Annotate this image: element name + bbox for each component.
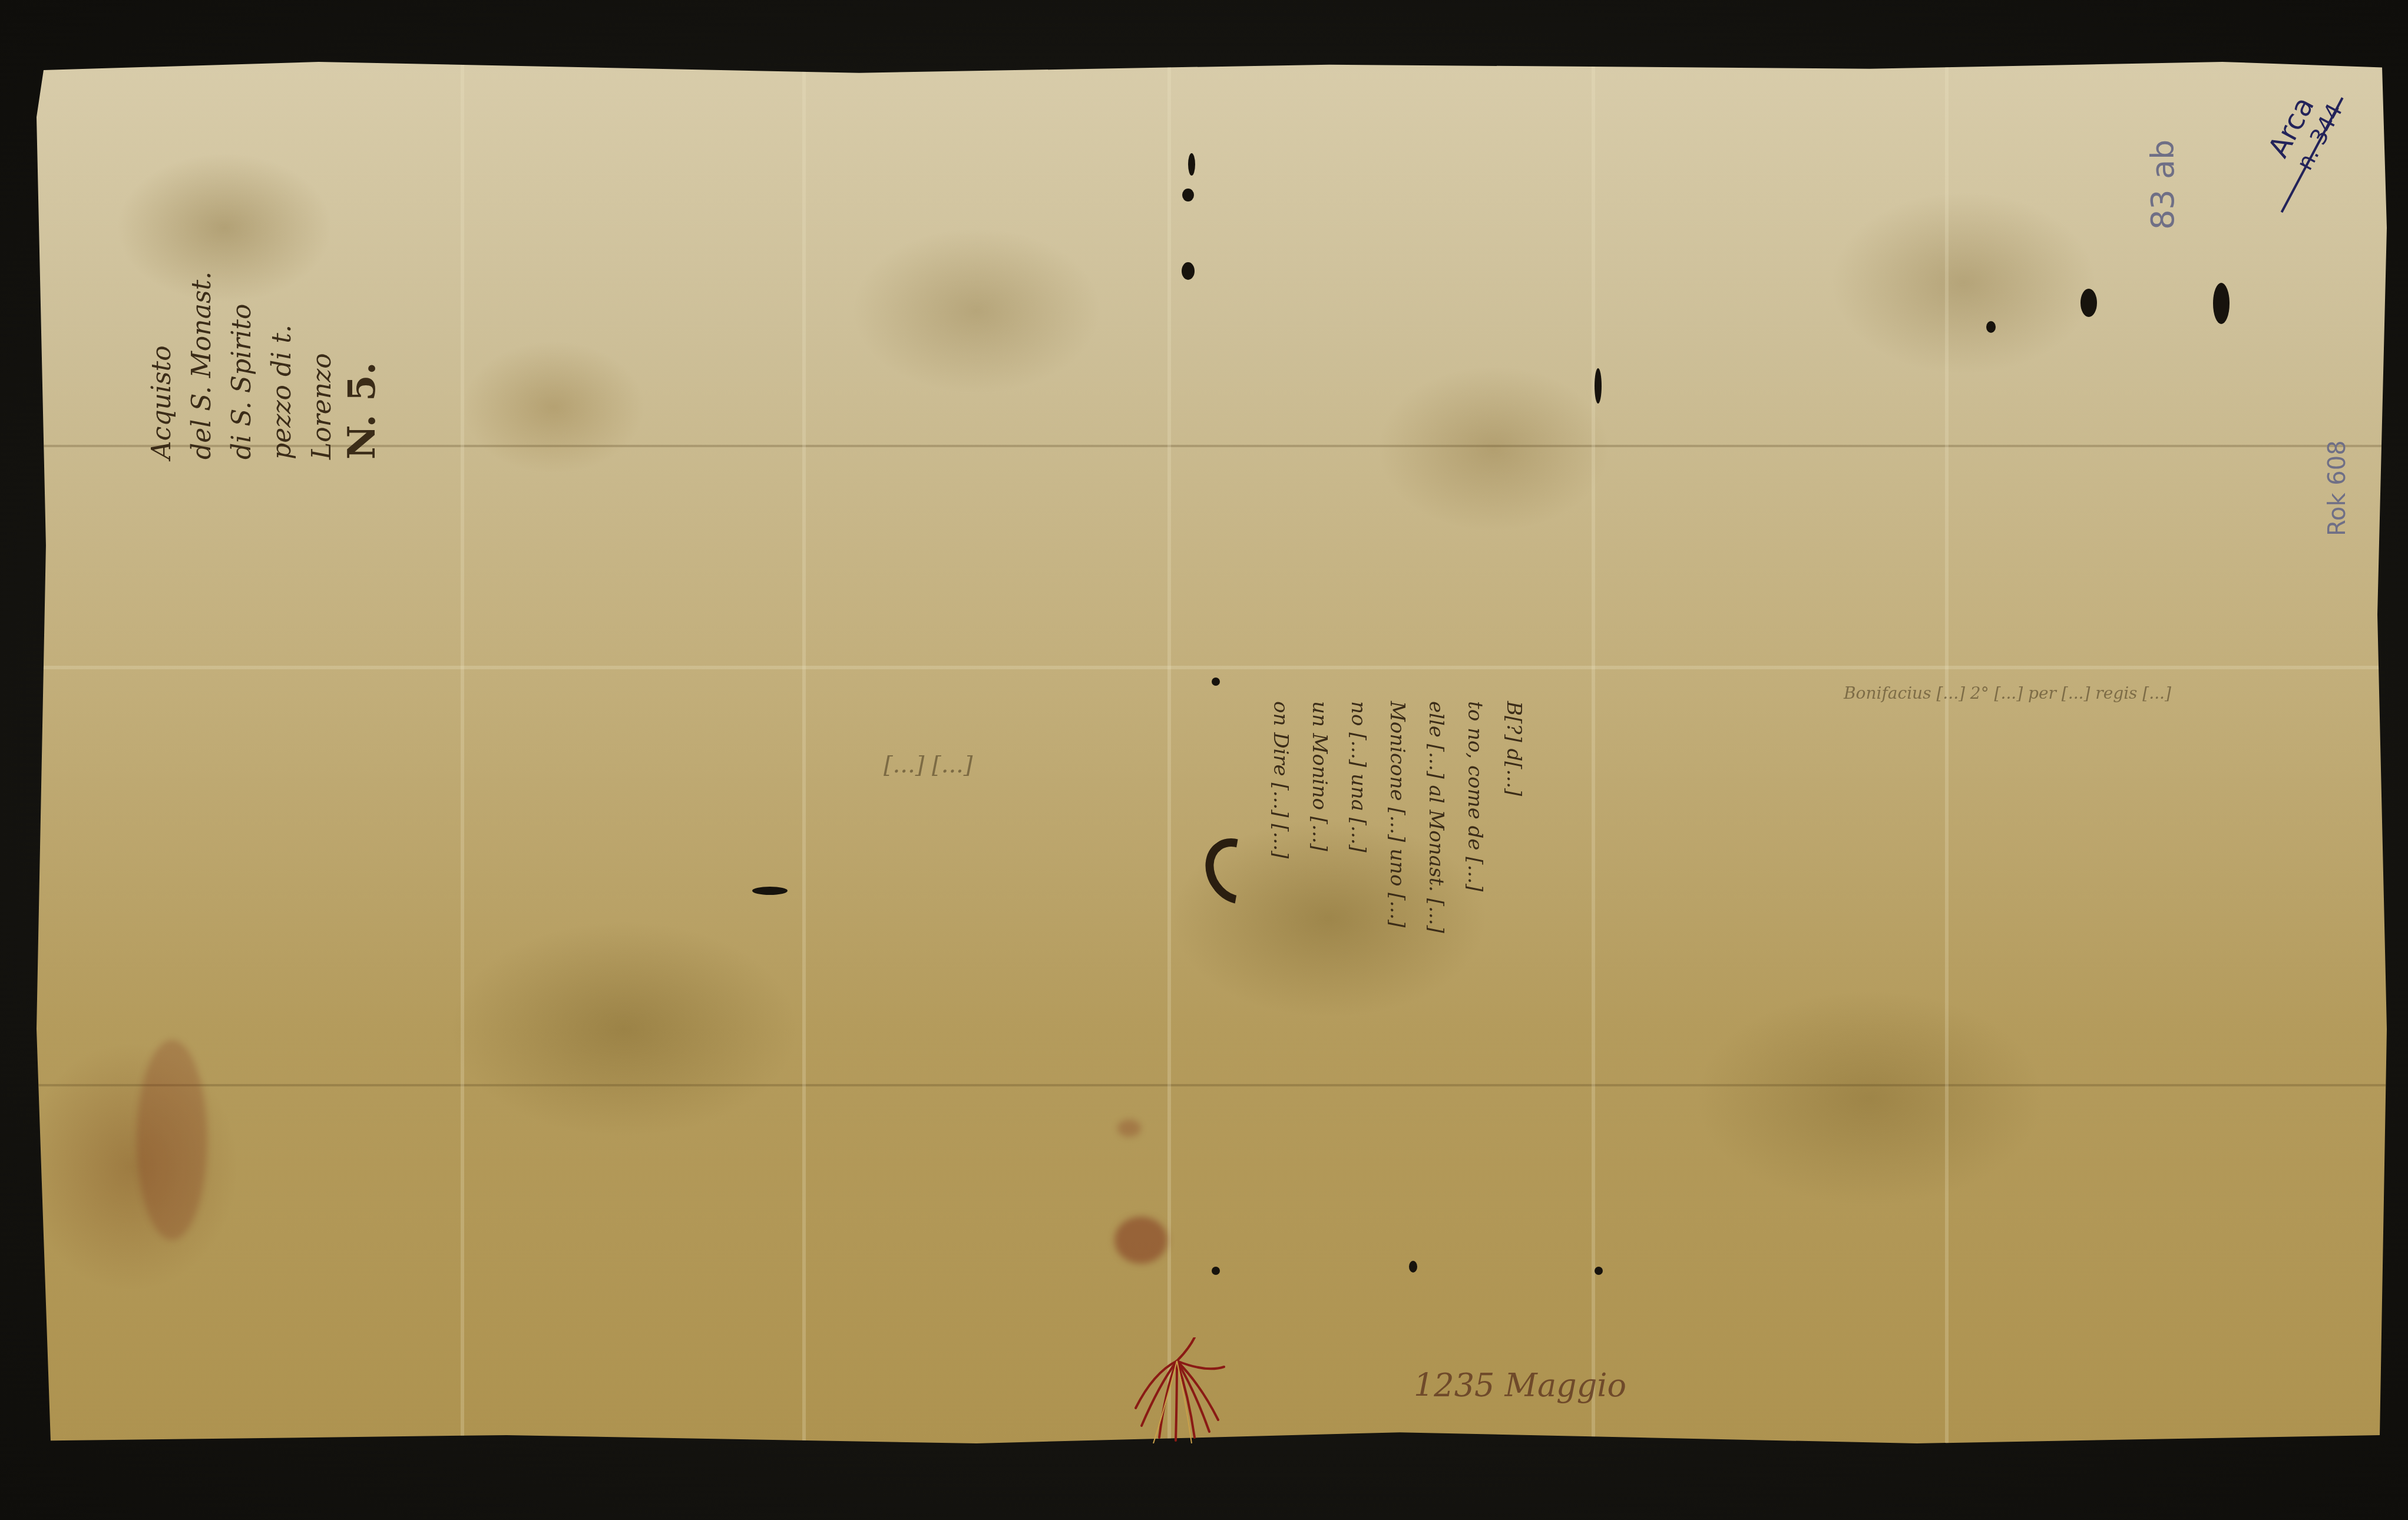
red-wax-stain	[1117, 1119, 1141, 1137]
letter-line: Monicone [...] uno [...]	[1385, 701, 1409, 933]
fold-line-vertical	[802, 62, 806, 1443]
red-wax-stain	[1114, 1217, 1167, 1264]
wormhole	[1409, 1261, 1417, 1273]
letter-line: elle [...] al Monast. [...]	[1424, 701, 1448, 933]
bottom-date-note: 1235 Maggio	[1414, 1367, 1626, 1404]
wormhole	[1188, 153, 1195, 176]
brown-stain	[137, 1040, 207, 1240]
fold-line-vertical	[1945, 62, 1949, 1443]
wormhole	[1212, 1267, 1220, 1275]
wormhole	[1986, 321, 1996, 333]
right-marginal-note: Bonifacius [...] 2° [...] per [...] regi…	[1844, 683, 2171, 703]
wormhole	[2080, 289, 2097, 317]
fold-line-vertical	[461, 62, 464, 1443]
wormhole	[1595, 368, 1602, 404]
seal-thread-icon	[1106, 1337, 1248, 1443]
wormhole	[1182, 189, 1194, 201]
wormhole	[2213, 283, 2230, 324]
endorsement-line: pezzo di t.	[267, 272, 297, 460]
fold-line-vertical	[1167, 62, 1171, 1443]
endorsement-line: di S. Spirito	[227, 272, 257, 460]
wormhole	[752, 887, 788, 895]
endorsement-line: Lorenzo	[307, 272, 337, 460]
wormhole	[1595, 1267, 1603, 1275]
endorsement-top-left: Acquisto del S. Monast. di S. Spirito pe…	[147, 272, 377, 460]
pencil-edge-mark: Rok 608	[2324, 440, 2351, 536]
wormhole	[1212, 678, 1220, 686]
letter-line: B[?] d[...]	[1502, 701, 1526, 933]
central-letter: B[?] d[...] to no, come de [...] elle [.…	[1269, 701, 1526, 933]
endorsement-line: Acquisto	[147, 272, 177, 460]
fold-line-horizontal	[37, 445, 2387, 447]
fold-line-horizontal	[37, 1084, 2387, 1086]
endorsement-number: N. 5.	[348, 272, 377, 460]
parchment-sheet	[37, 62, 2387, 1443]
endorsement-line: del S. Monast.	[187, 272, 217, 460]
letter-line: to no, come de [...]	[1463, 701, 1487, 933]
fold-line-horizontal	[37, 666, 2387, 669]
pencil-folio-mark: 83 ab	[2144, 140, 2181, 230]
fold-line-vertical	[1592, 62, 1595, 1443]
letter-line: on Dire [...] [...]	[1269, 701, 1292, 933]
letter-line: un Monino [...]	[1308, 701, 1331, 933]
letter-line: no [...] una [...]	[1347, 701, 1370, 933]
left-faint-note: [...] [...]	[884, 751, 973, 778]
wormhole	[1182, 262, 1195, 280]
